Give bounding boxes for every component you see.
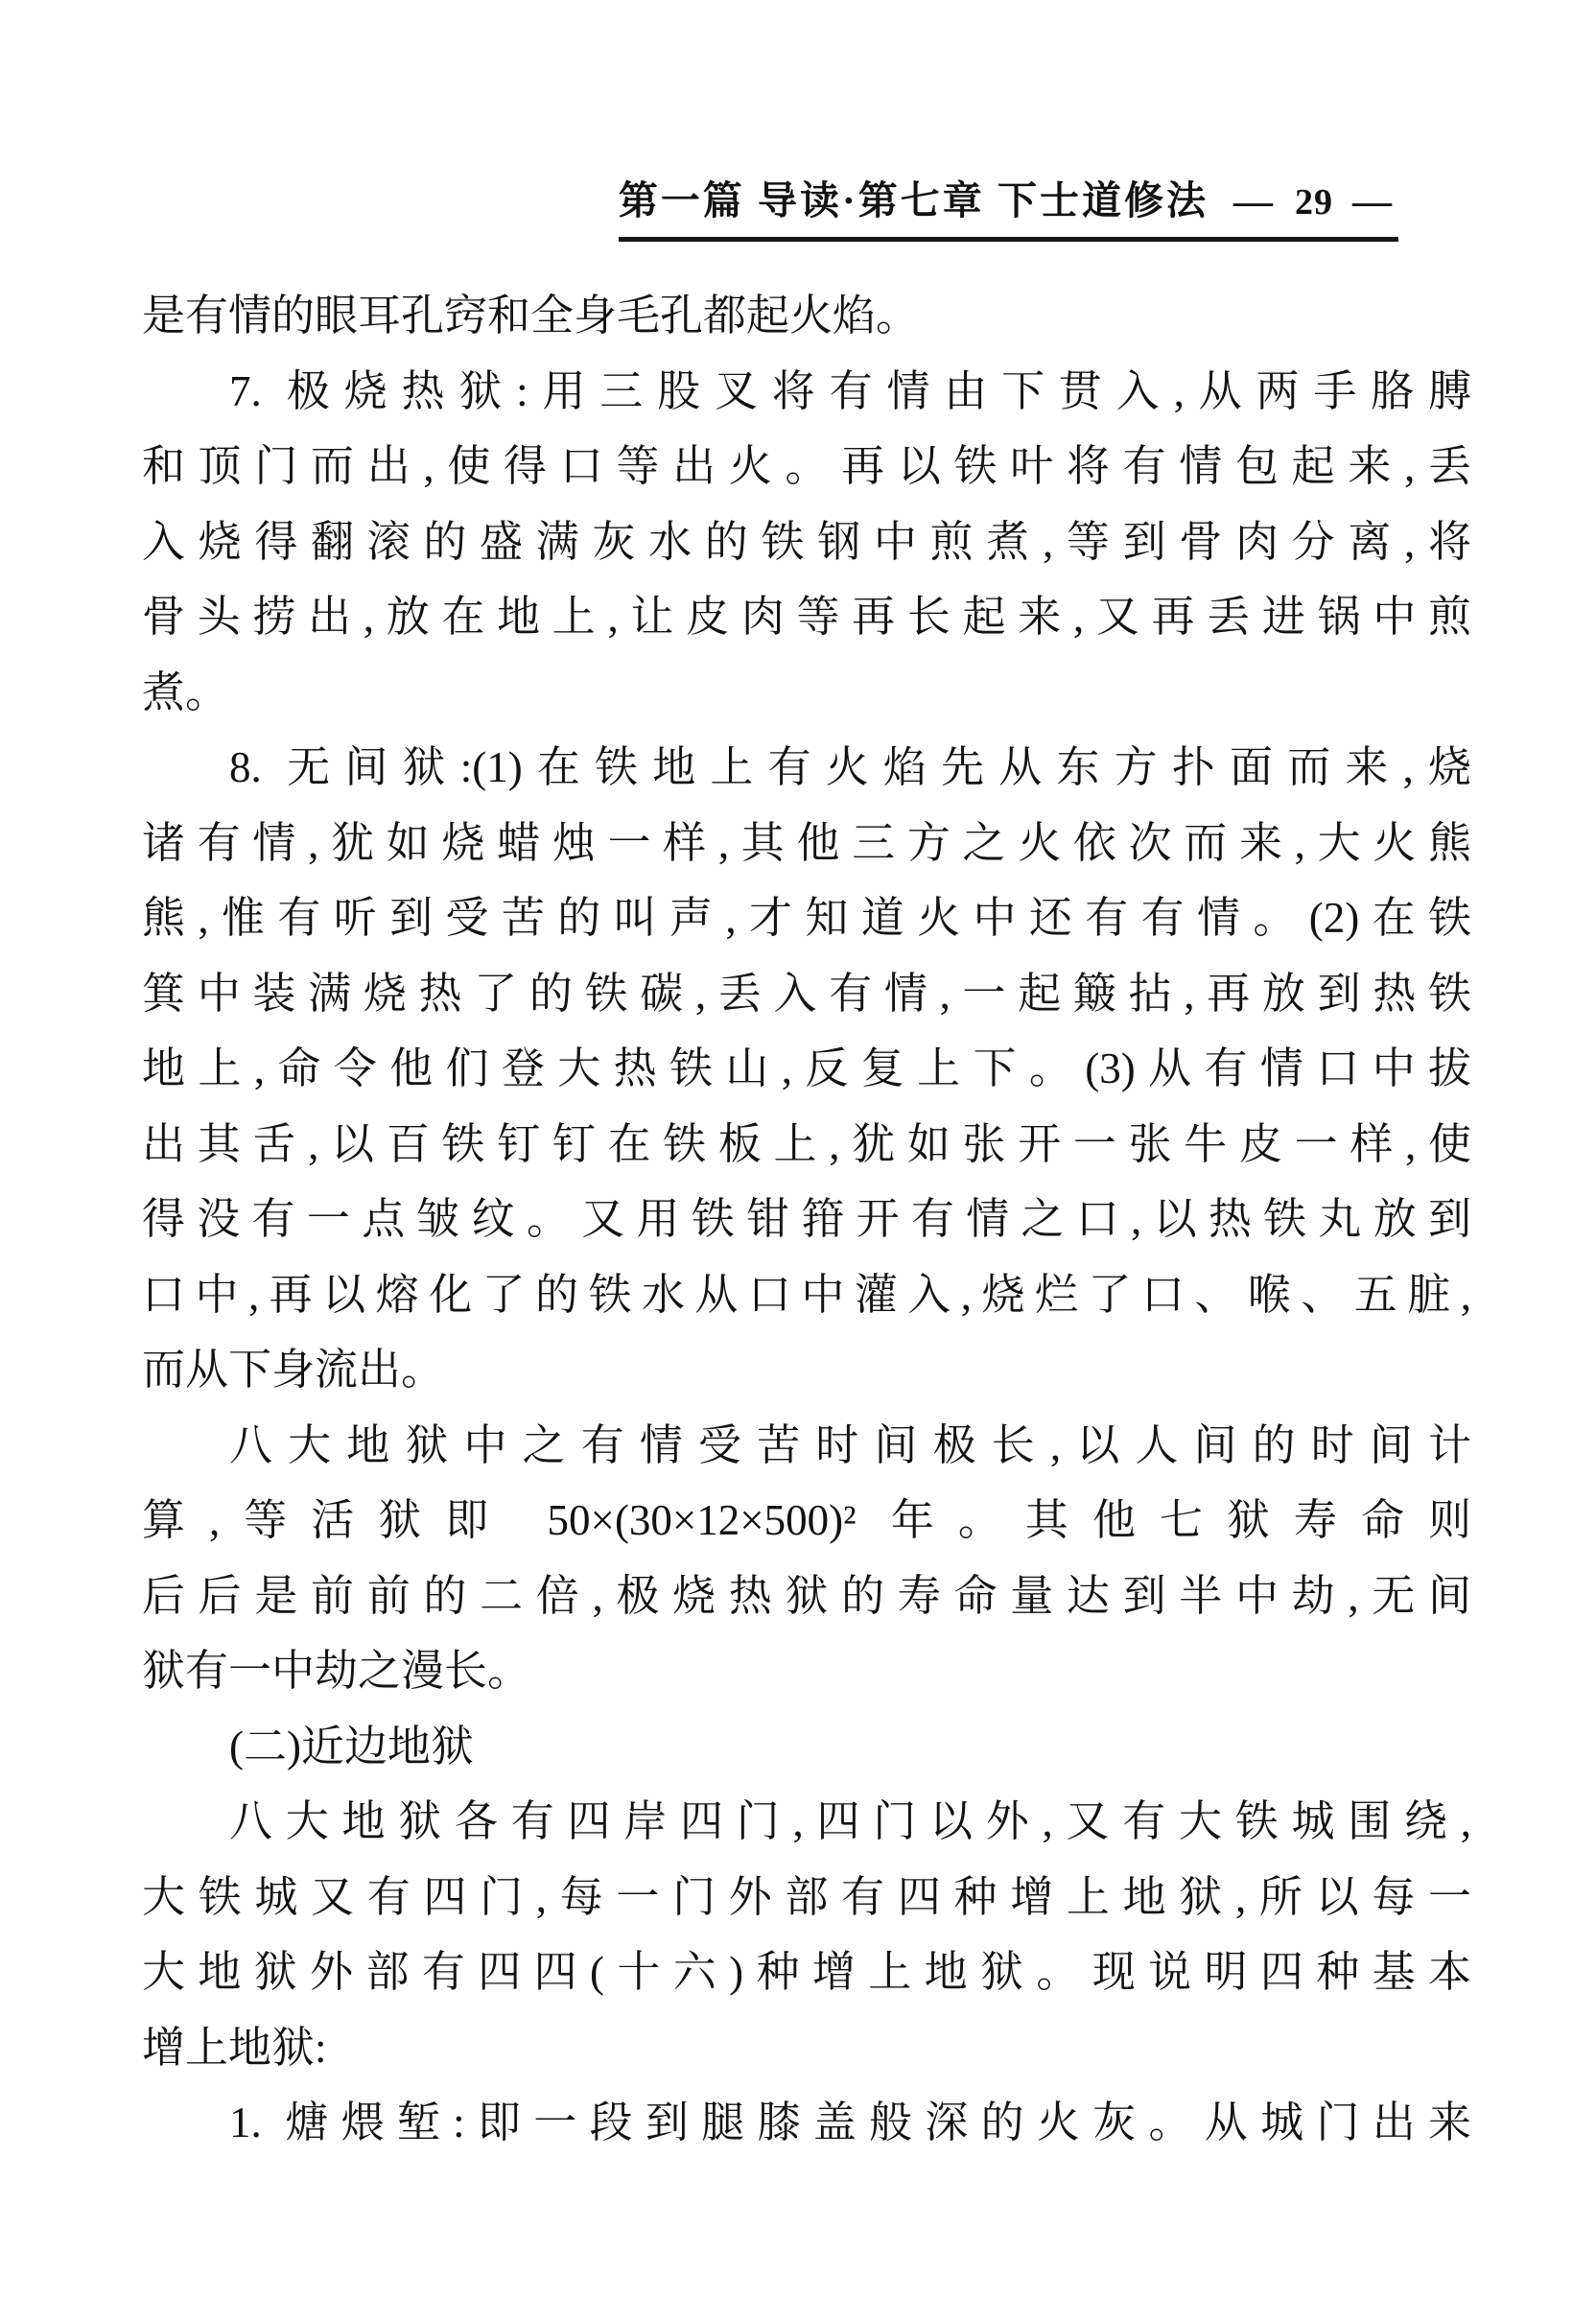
text-line: 入烧得翻滚的盛满灰水的铁钢中煎煮,等到骨肉分离,将: [142, 504, 1471, 580]
text-line: 大地狱外部有四四(十六)种增上地狱。现说明四种基本: [142, 1935, 1471, 2010]
text-line: 是有情的眼耳孔窍和全身毛孔都起火焰。: [142, 278, 1471, 354]
text-line: 煮。: [142, 655, 1471, 731]
text-line: 7. 极烧热狱:用三股叉将有情由下贯入,从两手胳膊: [142, 354, 1471, 430]
text-line: 后后是前前的二倍,极烧热狱的寿命量达到半中劫,无间: [142, 1559, 1471, 1634]
text-line: 八大地狱中之有情受苦时间极长,以人间的时间计: [142, 1408, 1471, 1484]
text-line: 出其舌,以百铁钉钉在铁板上,犹如张开一张牛皮一样,使: [142, 1107, 1471, 1183]
page-number-dash-left: —: [1233, 177, 1276, 223]
text-line: 增上地狱:: [142, 2010, 1471, 2086]
chapter-title: 第一篇 导读·第七章 下士道修法: [619, 178, 1209, 223]
text-line: 大铁城又有四门,每一门外部有四种增上地狱,所以每一: [142, 1860, 1471, 1935]
book-page: 第一篇 导读·第七章 下士道修法—29— 是有情的眼耳孔窍和全身毛孔都起火焰。7…: [0, 0, 1596, 2298]
text-line: (二)近边地狱: [142, 1709, 1471, 1785]
text-line: 得没有一点皱纹。又用铁钳箝开有情之口,以热铁丸放到: [142, 1182, 1471, 1257]
page-number: 29: [1295, 182, 1333, 223]
text-line: 1. 煻煨堑:即一段到腿膝盖般深的火灰。从城门出来: [142, 2085, 1471, 2161]
text-line: 算,等活狱即 50×(30×12×500)² 年。其他七狱寿命则: [142, 1483, 1471, 1559]
text-line: 口中,再以熔化了的铁水从口中灌入,烧烂了口、喉、五脏,: [142, 1257, 1471, 1333]
body-text: 是有情的眼耳孔窍和全身毛孔都起火焰。7. 极烧热狱:用三股叉将有情由下贯入,从两…: [142, 278, 1471, 2161]
text-line: 狱有一中劫之漫长。: [142, 1633, 1471, 1709]
running-head: 第一篇 导读·第七章 下士道修法—29—: [0, 0, 1596, 242]
text-line: 8. 无间狱:(1)在铁地上有火焰先从东方扑面而来,烧: [142, 730, 1471, 806]
text-line: 熊,惟有听到受苦的叫声,才知道火中还有有情。(2)在铁: [142, 880, 1471, 956]
running-head-rule: 第一篇 导读·第七章 下士道修法—29—: [619, 169, 1398, 242]
text-line: 箕中装满烧热了的铁碳,丢入有情,一起簸拈,再放到热铁: [142, 956, 1471, 1032]
text-line: 骨头捞出,放在地上,让皮肉等再长起来,又再丢进锅中煎: [142, 579, 1471, 655]
text-line: 诸有情,犹如烧蜡烛一样,其他三方之火依次而来,大火熊: [142, 806, 1471, 881]
text-line: 八大地狱各有四岸四门,四门以外,又有大铁城围绕,: [142, 1784, 1471, 1860]
page-number-dash-right: —: [1352, 177, 1395, 223]
text-line: 地上,命令他们登大热铁山,反复上下。(3)从有情口中拔: [142, 1031, 1471, 1107]
text-line: 和顶门而出,使得口等出火。再以铁叶将有情包起来,丢: [142, 429, 1471, 504]
text-line: 而从下身流出。: [142, 1332, 1471, 1408]
